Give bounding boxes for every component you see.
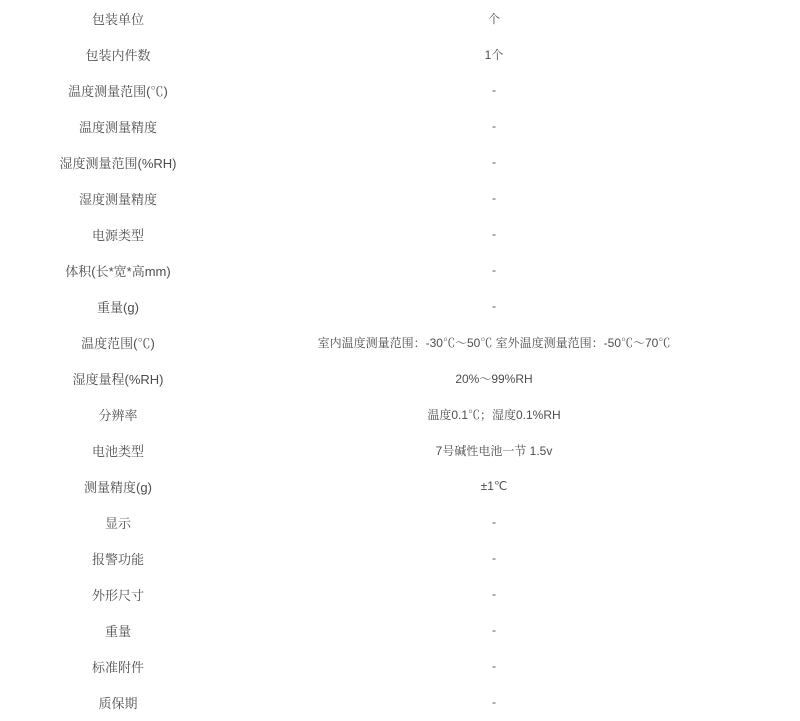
- spec-row: 电池类型 7号碱性电池一节 1.5v: [0, 432, 800, 468]
- spec-label: 外形尺寸: [0, 585, 236, 604]
- spec-label: 电池类型: [0, 441, 236, 460]
- spec-row: 显示 -: [0, 504, 800, 540]
- spec-value: 20%～99%RH: [236, 370, 752, 387]
- spec-row: 外形尺寸 -: [0, 576, 800, 612]
- spec-label: 测量精度(g): [0, 477, 236, 496]
- product-spec-page: 包装单位 个 包装内件数 1个 温度测量范围(℃) - 温度测量精度 - 湿度测…: [0, 0, 800, 721]
- spec-label: 温度测量精度: [0, 117, 236, 136]
- spec-label: 包装内件数: [0, 45, 236, 64]
- spec-value: 个: [236, 10, 752, 27]
- spec-value: 室内温度测量范围：-30℃～50℃ 室外温度测量范围：-50℃～70℃: [236, 334, 752, 351]
- spec-row: 重量(g) -: [0, 288, 800, 324]
- spec-value: 温度0.1℃；湿度0.1%RH: [236, 406, 752, 423]
- spec-row: 湿度量程(%RH) 20%～99%RH: [0, 360, 800, 396]
- spec-value: -: [236, 551, 752, 565]
- spec-row: 质保期 -: [0, 684, 800, 720]
- spec-label: 温度测量范围(℃): [0, 81, 236, 100]
- spec-row: 标准附件 -: [0, 648, 800, 684]
- spec-row: 湿度测量精度 -: [0, 180, 800, 216]
- spec-value: -: [236, 515, 752, 529]
- spec-label: 质保期: [0, 693, 236, 712]
- spec-label: 重量(g): [0, 297, 236, 316]
- spec-row: 温度测量精度 -: [0, 108, 800, 144]
- spec-row: 电源类型 -: [0, 216, 800, 252]
- spec-value: -: [236, 695, 752, 709]
- spec-label: 湿度测量精度: [0, 189, 236, 208]
- spec-row: 温度测量范围(℃) -: [0, 72, 800, 108]
- spec-label: 显示: [0, 513, 236, 532]
- spec-value: -: [236, 191, 752, 205]
- spec-label: 包装单位: [0, 9, 236, 28]
- spec-label: 分辨率: [0, 405, 236, 424]
- spec-row: 报警功能 -: [0, 540, 800, 576]
- spec-value: -: [236, 659, 752, 673]
- spec-value: 7号碱性电池一节 1.5v: [236, 442, 752, 459]
- spec-row: 包装内件数 1个: [0, 36, 800, 72]
- spec-label: 体积(长*宽*高mm): [0, 261, 236, 280]
- spec-value: -: [236, 155, 752, 169]
- spec-label: 报警功能: [0, 549, 236, 568]
- spec-value: -: [236, 119, 752, 133]
- spec-row: 重量 -: [0, 612, 800, 648]
- spec-value: -: [236, 263, 752, 277]
- spec-value: -: [236, 587, 752, 601]
- spec-row: 体积(长*宽*高mm) -: [0, 252, 800, 288]
- spec-label: 湿度测量范围(%RH): [0, 153, 236, 172]
- spec-value: -: [236, 83, 752, 97]
- spec-row: 温度范围(℃) 室内温度测量范围：-30℃～50℃ 室外温度测量范围：-50℃～…: [0, 324, 800, 360]
- spec-label: 标准附件: [0, 657, 236, 676]
- spec-value: -: [236, 299, 752, 313]
- spec-table: 包装单位 个 包装内件数 1个 温度测量范围(℃) - 温度测量精度 - 湿度测…: [0, 0, 800, 720]
- spec-value: 1个: [236, 46, 752, 63]
- spec-row: 测量精度(g) ±1℃: [0, 468, 800, 504]
- spec-row: 包装单位 个: [0, 0, 800, 36]
- spec-value: -: [236, 227, 752, 241]
- spec-row: 湿度测量范围(%RH) -: [0, 144, 800, 180]
- spec-label: 湿度量程(%RH): [0, 369, 236, 388]
- spec-value: ±1℃: [236, 479, 752, 493]
- spec-label: 电源类型: [0, 225, 236, 244]
- spec-label: 温度范围(℃): [0, 333, 236, 352]
- spec-row: 分辨率 温度0.1℃；湿度0.1%RH: [0, 396, 800, 432]
- spec-label: 重量: [0, 621, 236, 640]
- spec-value: -: [236, 623, 752, 637]
